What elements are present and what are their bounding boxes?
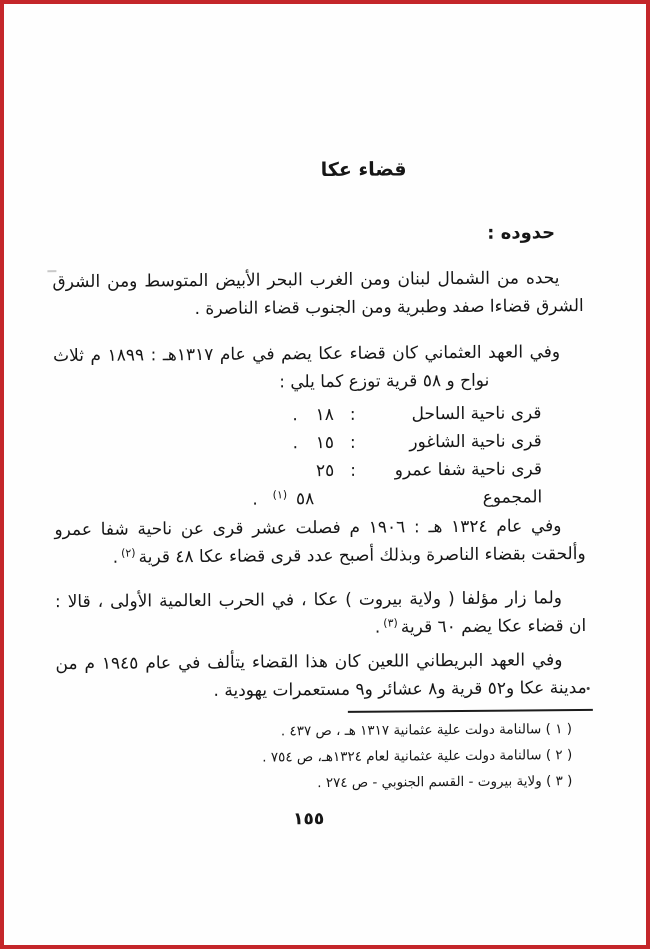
- paragraph: وفي عام ١٣٢٤ هـ : ١٩٠٦ م فصلت عشر قرى عن…: [54, 512, 585, 572]
- footnote: ( ١ ) سالنامة دولت علية عثمانية ١٣١٧ هـ …: [66, 716, 572, 746]
- footnotes: ( ١ ) سالنامة دولت علية عثمانية ١٣١٧ هـ …: [66, 716, 573, 798]
- footnote-ref: (١): [273, 488, 288, 501]
- village-label: قرى ناحية الشاغور: [370, 427, 542, 456]
- scan-mark: [47, 270, 56, 272]
- village-suffix: .: [252, 490, 258, 510]
- page-title: قضاء عكا: [274, 156, 454, 183]
- village-row: قرى ناحية الشاغور:١٥.: [124, 427, 542, 458]
- body-line: ولما زار مؤلفا ( ولاية بيروت ) عكا ، في …: [55, 584, 586, 616]
- village-row: قرى ناحية شفا عمرو:٢٥: [124, 455, 542, 486]
- body-text: وألحقت بقضاء الناصرة وبذلك أصبح عدد قرى …: [139, 544, 586, 568]
- body-line: مدينة عكا و٥٢ قرية و٨ عشائر و٩ مستعمرات …: [56, 674, 587, 706]
- page-number: ١٥٥: [7, 807, 611, 832]
- body-line: ان قضاء عكا يضم ٦٠ قرية(٣).: [55, 612, 586, 644]
- village-total-count: ٥٨: [290, 485, 314, 513]
- village-separator: :: [350, 429, 356, 457]
- paragraph: وفي العهد العثماني كان قضاء عكا يضم في ع…: [53, 338, 584, 398]
- body-line: الشرق قضاءا صفد وطبرية ومن الجنوب قضاء ا…: [53, 292, 584, 324]
- footnote: ( ٣ ) ولاية بيروت - القسم الجنوبي - ص ٢٧…: [66, 768, 572, 798]
- village-separator: :: [350, 401, 356, 429]
- paragraph: وفي العهد البريطاني اللعين كان هذا القضا…: [55, 646, 586, 706]
- body-line: وفي عام ١٣٢٤ هـ : ١٩٠٦ م فصلت عشر قرى عن…: [54, 512, 585, 544]
- village-label: قرى ناحية الساحل: [369, 399, 541, 428]
- village-count: ١٥: [310, 429, 334, 457]
- village-count: ١٨: [310, 401, 334, 429]
- paragraph: ولما زار مؤلفا ( ولاية بيروت ) عكا ، في …: [55, 584, 586, 644]
- body-line: يحده من الشمال لبنان ومن الغرب البحر الأ…: [52, 264, 583, 296]
- footnote-divider: [348, 709, 593, 713]
- village-total-label: المجموع: [370, 483, 542, 512]
- village-separator: :: [350, 457, 356, 485]
- footnote-ref: (٣): [383, 616, 398, 629]
- page-content: قضاء عكا حدوده : يحده من الشمال لبنان وم…: [0, 2, 649, 948]
- section-heading: حدوده :: [487, 220, 555, 247]
- village-row: قرى ناحية الساحل:١٨.: [123, 399, 541, 430]
- village-list: قرى ناحية الساحل:١٨. قرى ناحية الشاغور:١…: [123, 399, 542, 514]
- village-suffix: .: [293, 433, 299, 453]
- body-line: وفي العهد البريطاني اللعين كان هذا القضا…: [55, 646, 586, 678]
- paragraph: يحده من الشمال لبنان ومن الغرب البحر الأ…: [52, 264, 583, 324]
- body-text: .: [375, 618, 381, 638]
- scan-page: قضاء عكا حدوده : يحده من الشمال لبنان وم…: [0, 0, 650, 949]
- village-count: ٢٥: [310, 457, 334, 485]
- body-text: .: [113, 548, 119, 568]
- village-label: قرى ناحية شفا عمرو: [370, 455, 542, 484]
- village-total-row: المجموع٥٨(١).: [124, 483, 542, 514]
- village-suffix: .: [292, 405, 298, 425]
- footnote-ref: (٢): [121, 547, 136, 560]
- body-line: نواح و ٥٨ قرية توزع كما يلي :: [53, 366, 584, 398]
- footnote: ( ٢ ) سالنامة دولت علية عثمانية لعام ١٣٢…: [66, 742, 572, 772]
- body-line: وفي العهد العثماني كان قضاء عكا يضم في ع…: [53, 338, 584, 370]
- body-text: ان قضاء عكا يضم ٦٠ قرية: [401, 616, 587, 637]
- body-line: وألحقت بقضاء الناصرة وبذلك أصبح عدد قرى …: [55, 540, 586, 572]
- scan-speckle: [587, 687, 590, 690]
